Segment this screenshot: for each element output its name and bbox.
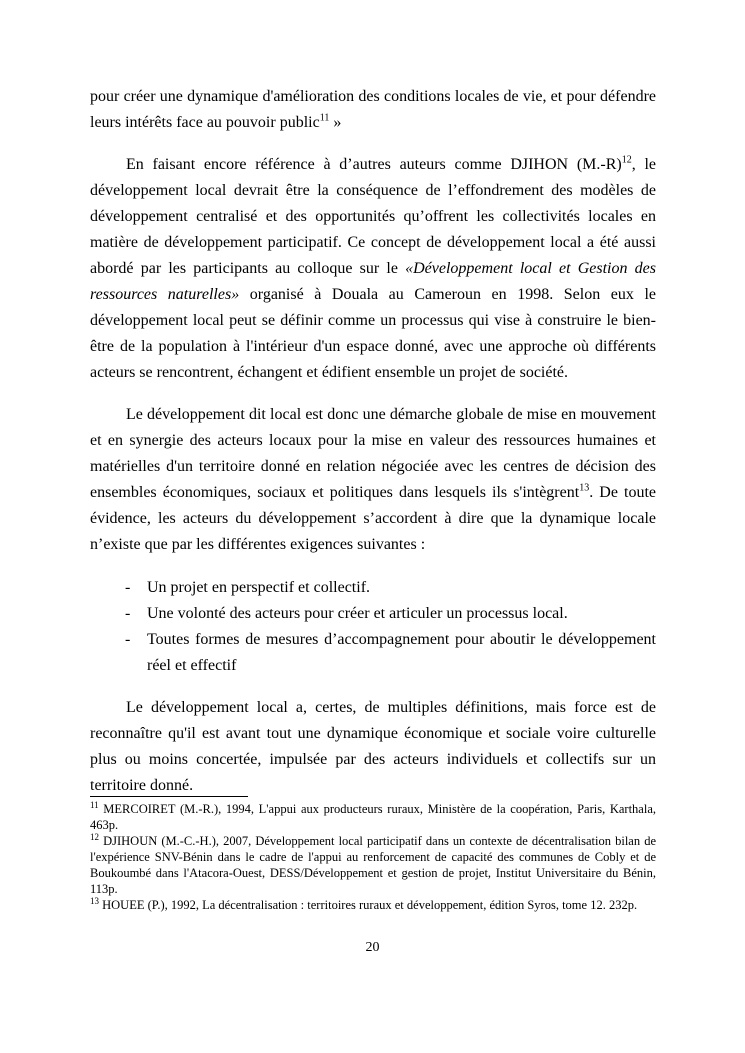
page-body: pour créer une dynamique d'amélioration … <box>90 84 656 799</box>
paragraph-quote-continuation: pour créer une dynamique d'amélioration … <box>90 84 656 136</box>
document-page: pour créer une dynamique d'amélioration … <box>0 0 745 1053</box>
paragraph-text: Le développement dit local est donc une … <box>90 406 656 501</box>
list-dash: - <box>125 575 130 601</box>
footnotes-section: 11 MERCOIRET (M.-R.), 1994, L'appui aux … <box>90 796 656 913</box>
list-dash: - <box>125 627 130 653</box>
paragraph-text: En faisant encore référence à d’autres a… <box>126 156 622 173</box>
list-item-text: Une volonté des acteurs pour créer et ar… <box>147 605 568 622</box>
list-item: -Une volonté des acteurs pour créer et a… <box>90 601 656 627</box>
closing-guillemet: » <box>329 114 341 131</box>
footnote-ref-13: 13 <box>579 483 589 494</box>
paragraph-text: Le développement local a, certes, de mul… <box>90 699 656 794</box>
list-dash: - <box>125 601 130 627</box>
paragraph-conclusion: Le développement local a, certes, de mul… <box>90 695 656 799</box>
list-item: -Toutes formes de mesures d’accompagneme… <box>90 627 656 679</box>
paragraph-demarche-globale: Le développement dit local est donc une … <box>90 402 656 558</box>
requirements-list: -Un projet en perspectif et collectif. -… <box>90 575 656 679</box>
footnote-13: 13 HOUEE (P.), 1992, La décentralisation… <box>90 897 656 913</box>
list-item-text: Toutes formes de mesures d’accompagnemen… <box>147 631 656 674</box>
footnote-ref-12: 12 <box>622 155 632 166</box>
list-item: -Un projet en perspectif et collectif. <box>90 575 656 601</box>
list-item-text: Un projet en perspectif et collectif. <box>147 579 370 596</box>
paragraph-text: pour créer une dynamique d'amélioration … <box>90 88 656 131</box>
paragraph-text: , le développement local devrait être la… <box>90 156 656 277</box>
paragraph-djihon: En faisant encore référence à d’autres a… <box>90 152 656 386</box>
footnote-ref-11: 11 <box>320 113 330 124</box>
footnote-separator <box>90 796 248 797</box>
footnote-text: DJIHOUN (M.-C.-H.), 2007, Développement … <box>90 834 656 896</box>
footnote-text: HOUEE (P.), 1992, La décentralisation : … <box>99 898 637 912</box>
footnote-12: 12 DJIHOUN (M.-C.-H.), 2007, Développeme… <box>90 833 656 897</box>
footnote-marker: 13 <box>90 896 99 906</box>
footnote-11: 11 MERCOIRET (M.-R.), 1994, L'appui aux … <box>90 801 656 833</box>
footnote-marker: 11 <box>90 800 99 810</box>
page-number: 20 <box>0 939 745 957</box>
footnote-text: MERCOIRET (M.-R.), 1994, L'appui aux pro… <box>90 802 656 832</box>
footnote-marker: 12 <box>90 832 99 842</box>
